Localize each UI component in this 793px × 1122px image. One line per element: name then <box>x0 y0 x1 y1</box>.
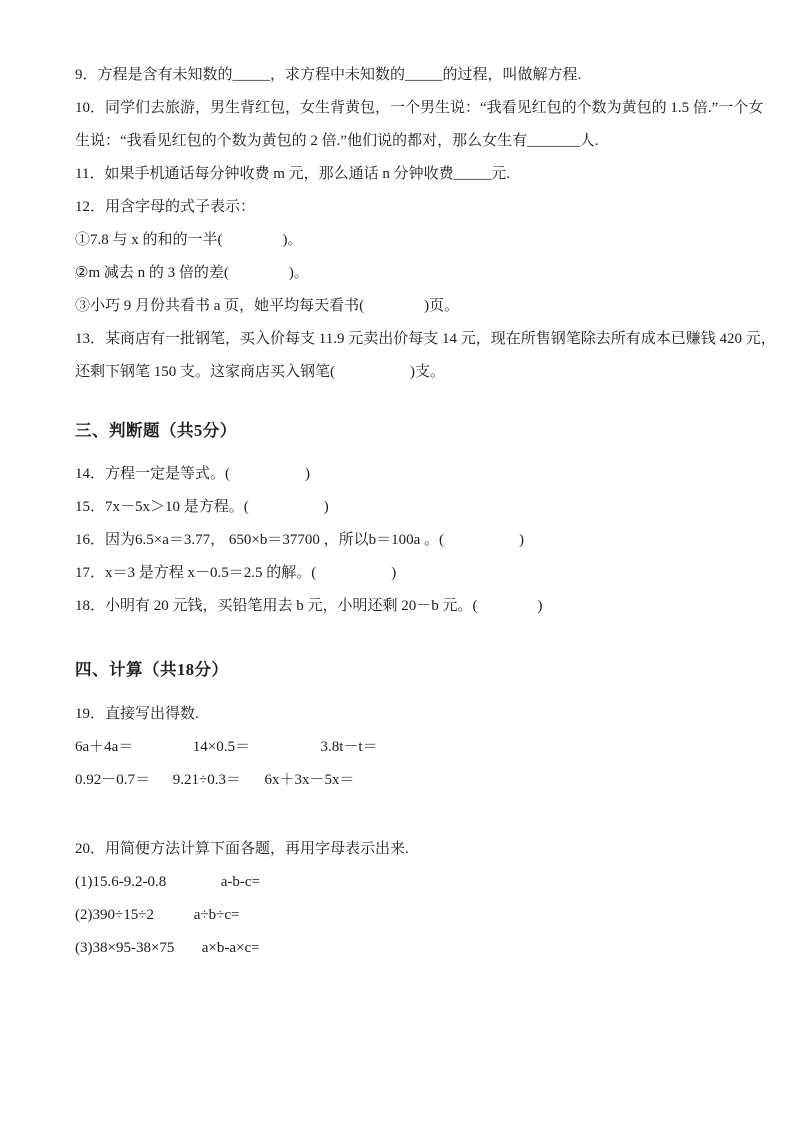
calc-expression: (3)38×95-38×75 <box>75 932 198 965</box>
calc-expression: 6a＋4a＝ <box>75 731 189 764</box>
question-12-sub-3: ③小巧 9 月份共看书 a 页，她平均每天看书( )页。 <box>75 290 723 323</box>
question-19-row-1: 6a＋4a＝ 14×0.5＝ 3.8t－t＝ <box>75 731 723 764</box>
question-13-line-2: 还剩下钢笔 150 支。这家商店买入钢笔( )支。 <box>75 356 723 389</box>
question-10-line-1: 10．同学们去旅游，男生背红包，女生背黄包，一个男生说：“我看见红包的个数为黄包… <box>75 92 723 125</box>
question-18: 18．小明有 20 元钱，买铅笔用去 b 元，小明还剩 20－b 元。( ) <box>75 590 723 623</box>
calc-expression: 6x＋3x－5x＝ <box>265 764 355 797</box>
calc-letter-formula: a-b-c= <box>221 866 260 899</box>
question-13-line-1: 13．某商店有一批钢笔，买入价每支 11.9 元卖出价每支 14 元，现在所售钢… <box>75 323 723 356</box>
question-20-label: 20．用简便方法计算下面各题，再用字母表示出来. <box>75 833 723 866</box>
calc-letter-formula: a÷b÷c= <box>194 899 240 932</box>
calc-letter-formula: a×b-a×c= <box>202 932 260 965</box>
question-12-sub-2: ②m 减去 n 的 3 倍的差( )。 <box>75 257 723 290</box>
question-20-item-1: (1)15.6-9.2-0.8 a-b-c= <box>75 866 723 899</box>
question-16: 16．因为6.5×a＝3.77， 650×b＝37700 ，所以b＝100a 。… <box>75 524 723 557</box>
calc-expression: (1)15.6-9.2-0.8 <box>75 866 217 899</box>
section-4-heading: 四、计算（共18分） <box>75 652 723 688</box>
question-17: 17．x＝3 是方程 x－0.5＝2.5 的解。( ) <box>75 557 723 590</box>
question-14: 14．方程一定是等式。( ) <box>75 458 723 491</box>
question-10-line-2: 生说：“我看见红包的个数为黄包的 2 倍.”他们说的都对，那么女生有______… <box>75 125 723 158</box>
question-9: 9．方程是含有未知数的_____，求方程中未知数的_____的过程，叫做解方程. <box>75 59 723 92</box>
calc-expression: 0.92－0.7＝ <box>75 764 169 797</box>
question-19-row-2: 0.92－0.7＝ 9.21÷0.3＝ 6x＋3x－5x＝ <box>75 764 723 797</box>
section-3-heading: 三、判断题（共5分） <box>75 413 723 449</box>
question-20-item-3: (3)38×95-38×75 a×b-a×c= <box>75 932 723 965</box>
question-19-label: 19．直接写出得数. <box>75 698 723 731</box>
question-15: 15．7x－5x＞10 是方程。( ) <box>75 491 723 524</box>
question-12-label: 12．用含字母的式子表示： <box>75 191 723 224</box>
question-11: 11．如果手机通话每分钟收费 m 元，那么通话 n 分钟收费_____元. <box>75 158 723 191</box>
calc-expression: 9.21÷0.3＝ <box>173 764 261 797</box>
calc-expression: (2)390÷15÷2 <box>75 899 190 932</box>
worksheet-page: 9．方程是含有未知数的_____，求方程中未知数的_____的过程，叫做解方程.… <box>0 0 793 1122</box>
question-12-sub-1: ①7.8 与 x 的和的一半( )。 <box>75 224 723 257</box>
calc-expression: 3.8t－t＝ <box>321 731 378 764</box>
calc-expression: 14×0.5＝ <box>193 731 317 764</box>
question-20-item-2: (2)390÷15÷2 a÷b÷c= <box>75 899 723 932</box>
